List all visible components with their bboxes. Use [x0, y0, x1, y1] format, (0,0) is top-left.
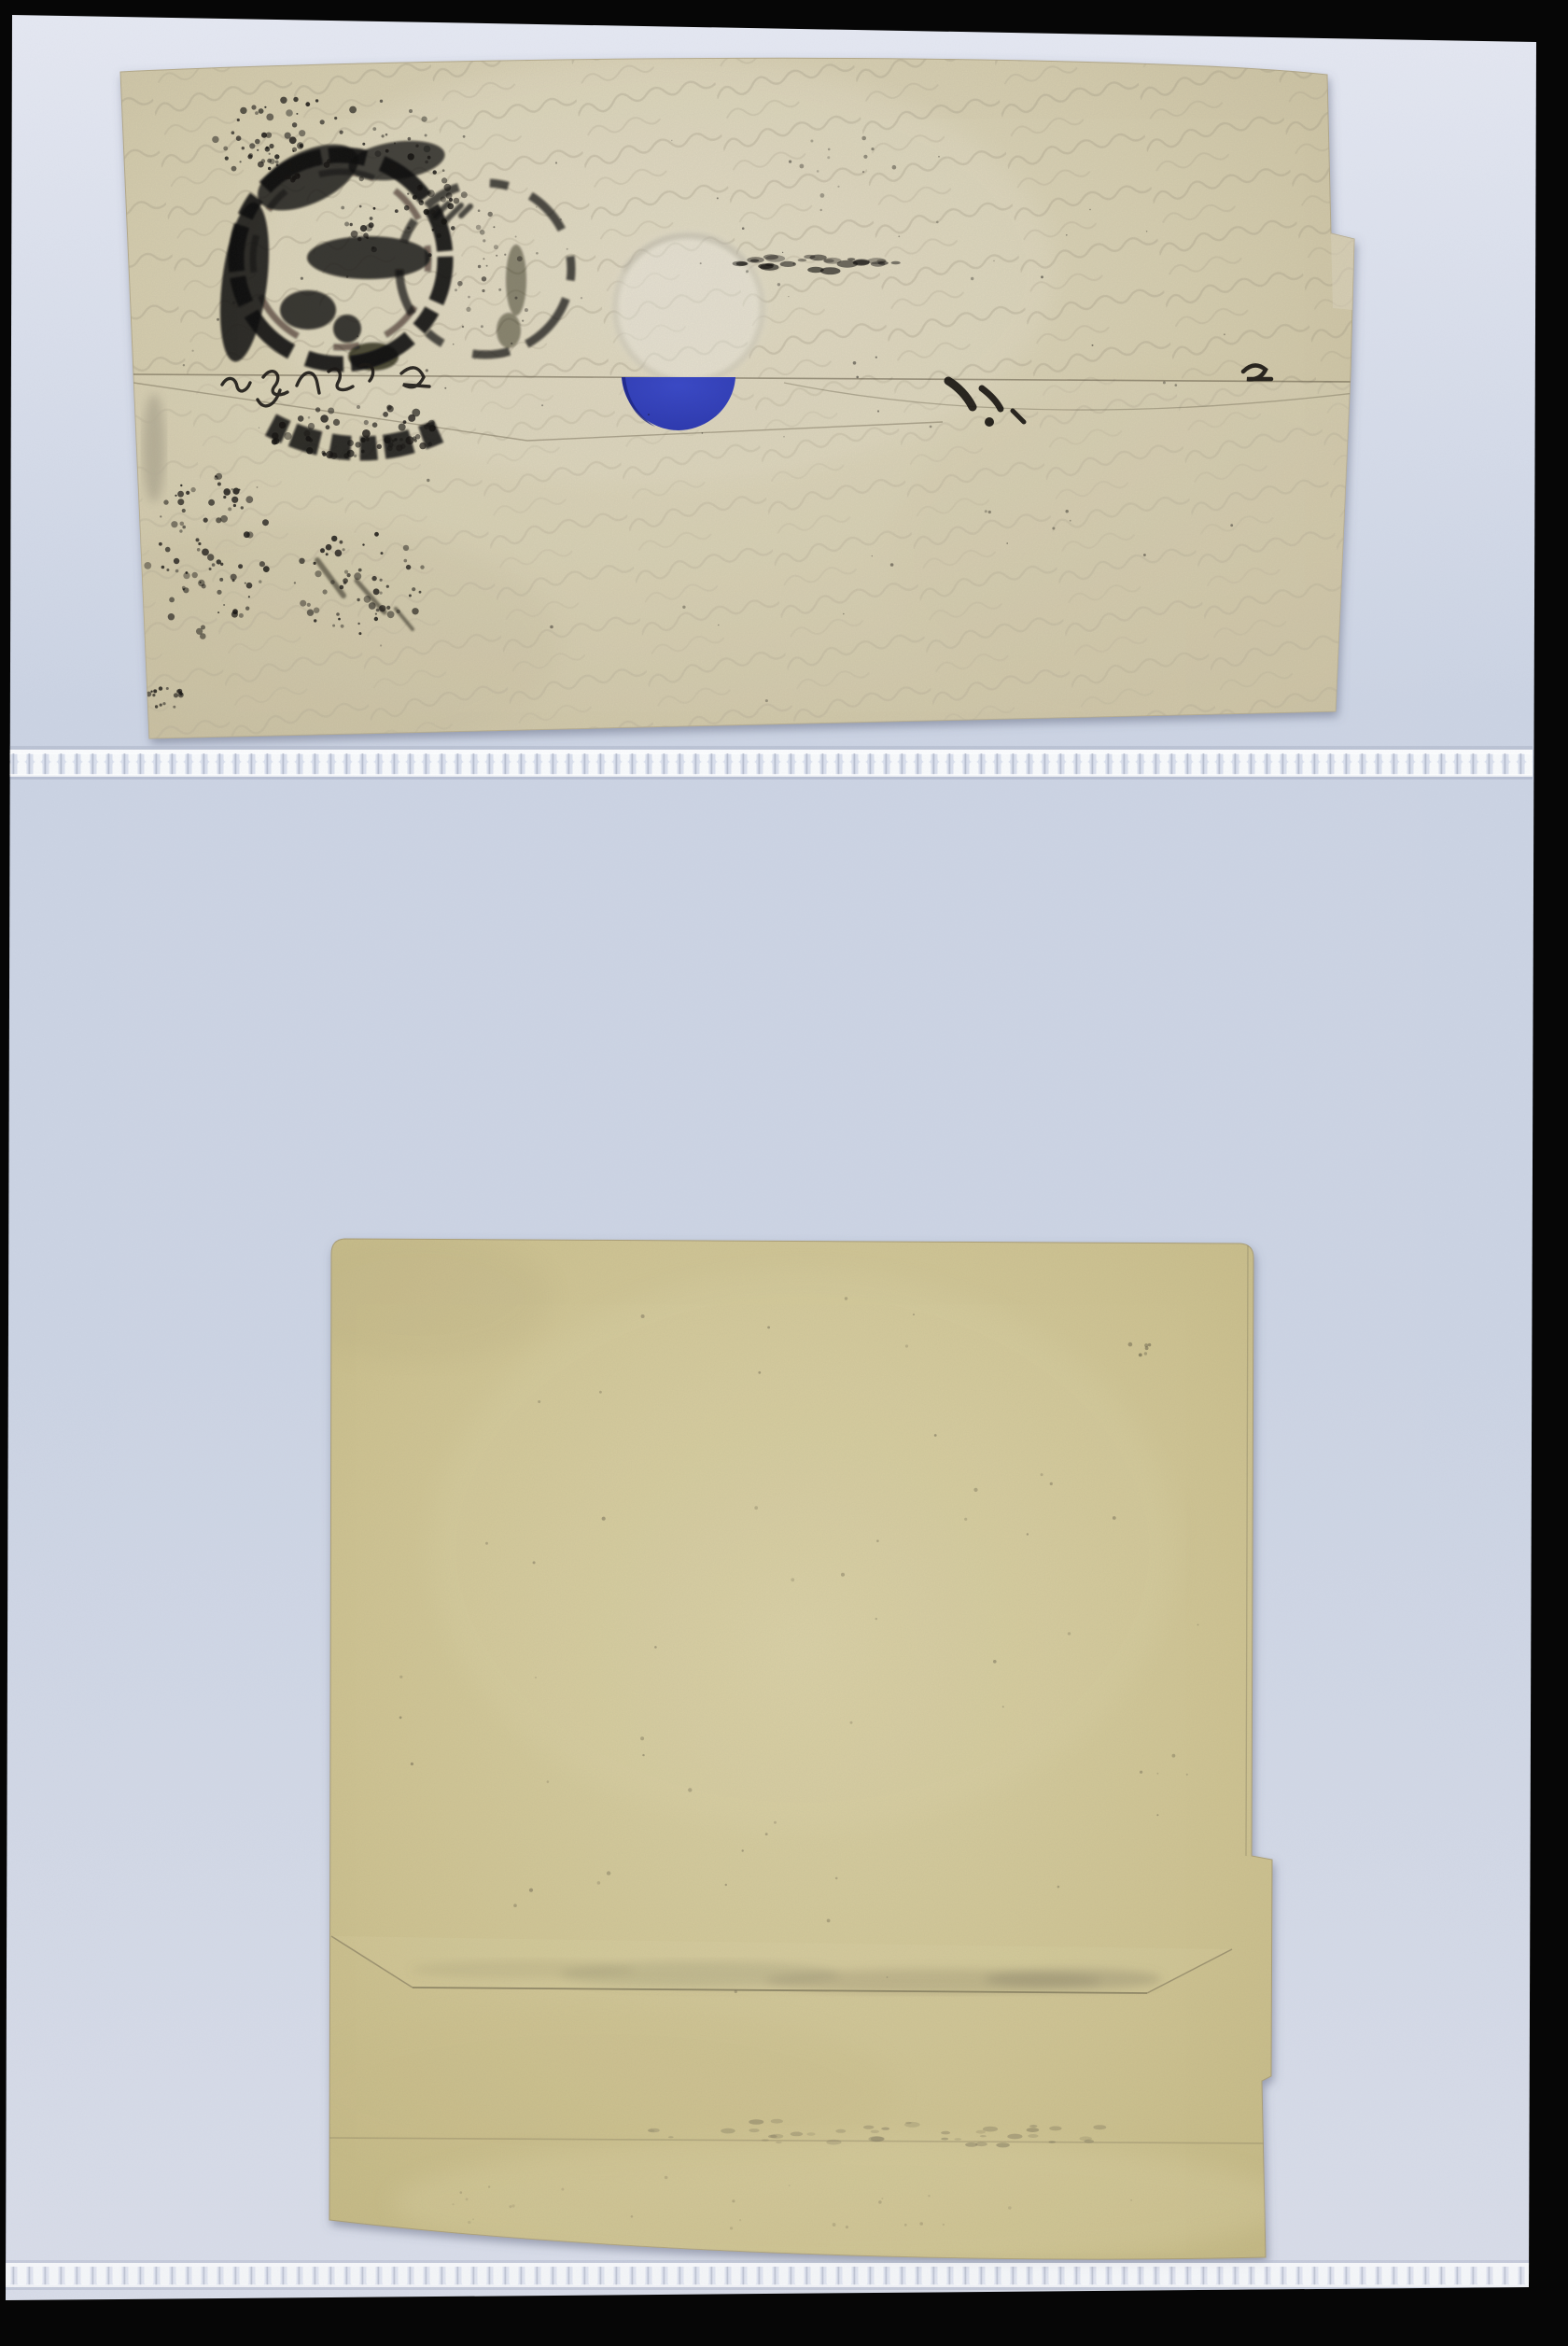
photo-grain: [0, 0, 1568, 2346]
photo-canvas: [0, 0, 1568, 2346]
album-page-photo: [0, 0, 1568, 2346]
